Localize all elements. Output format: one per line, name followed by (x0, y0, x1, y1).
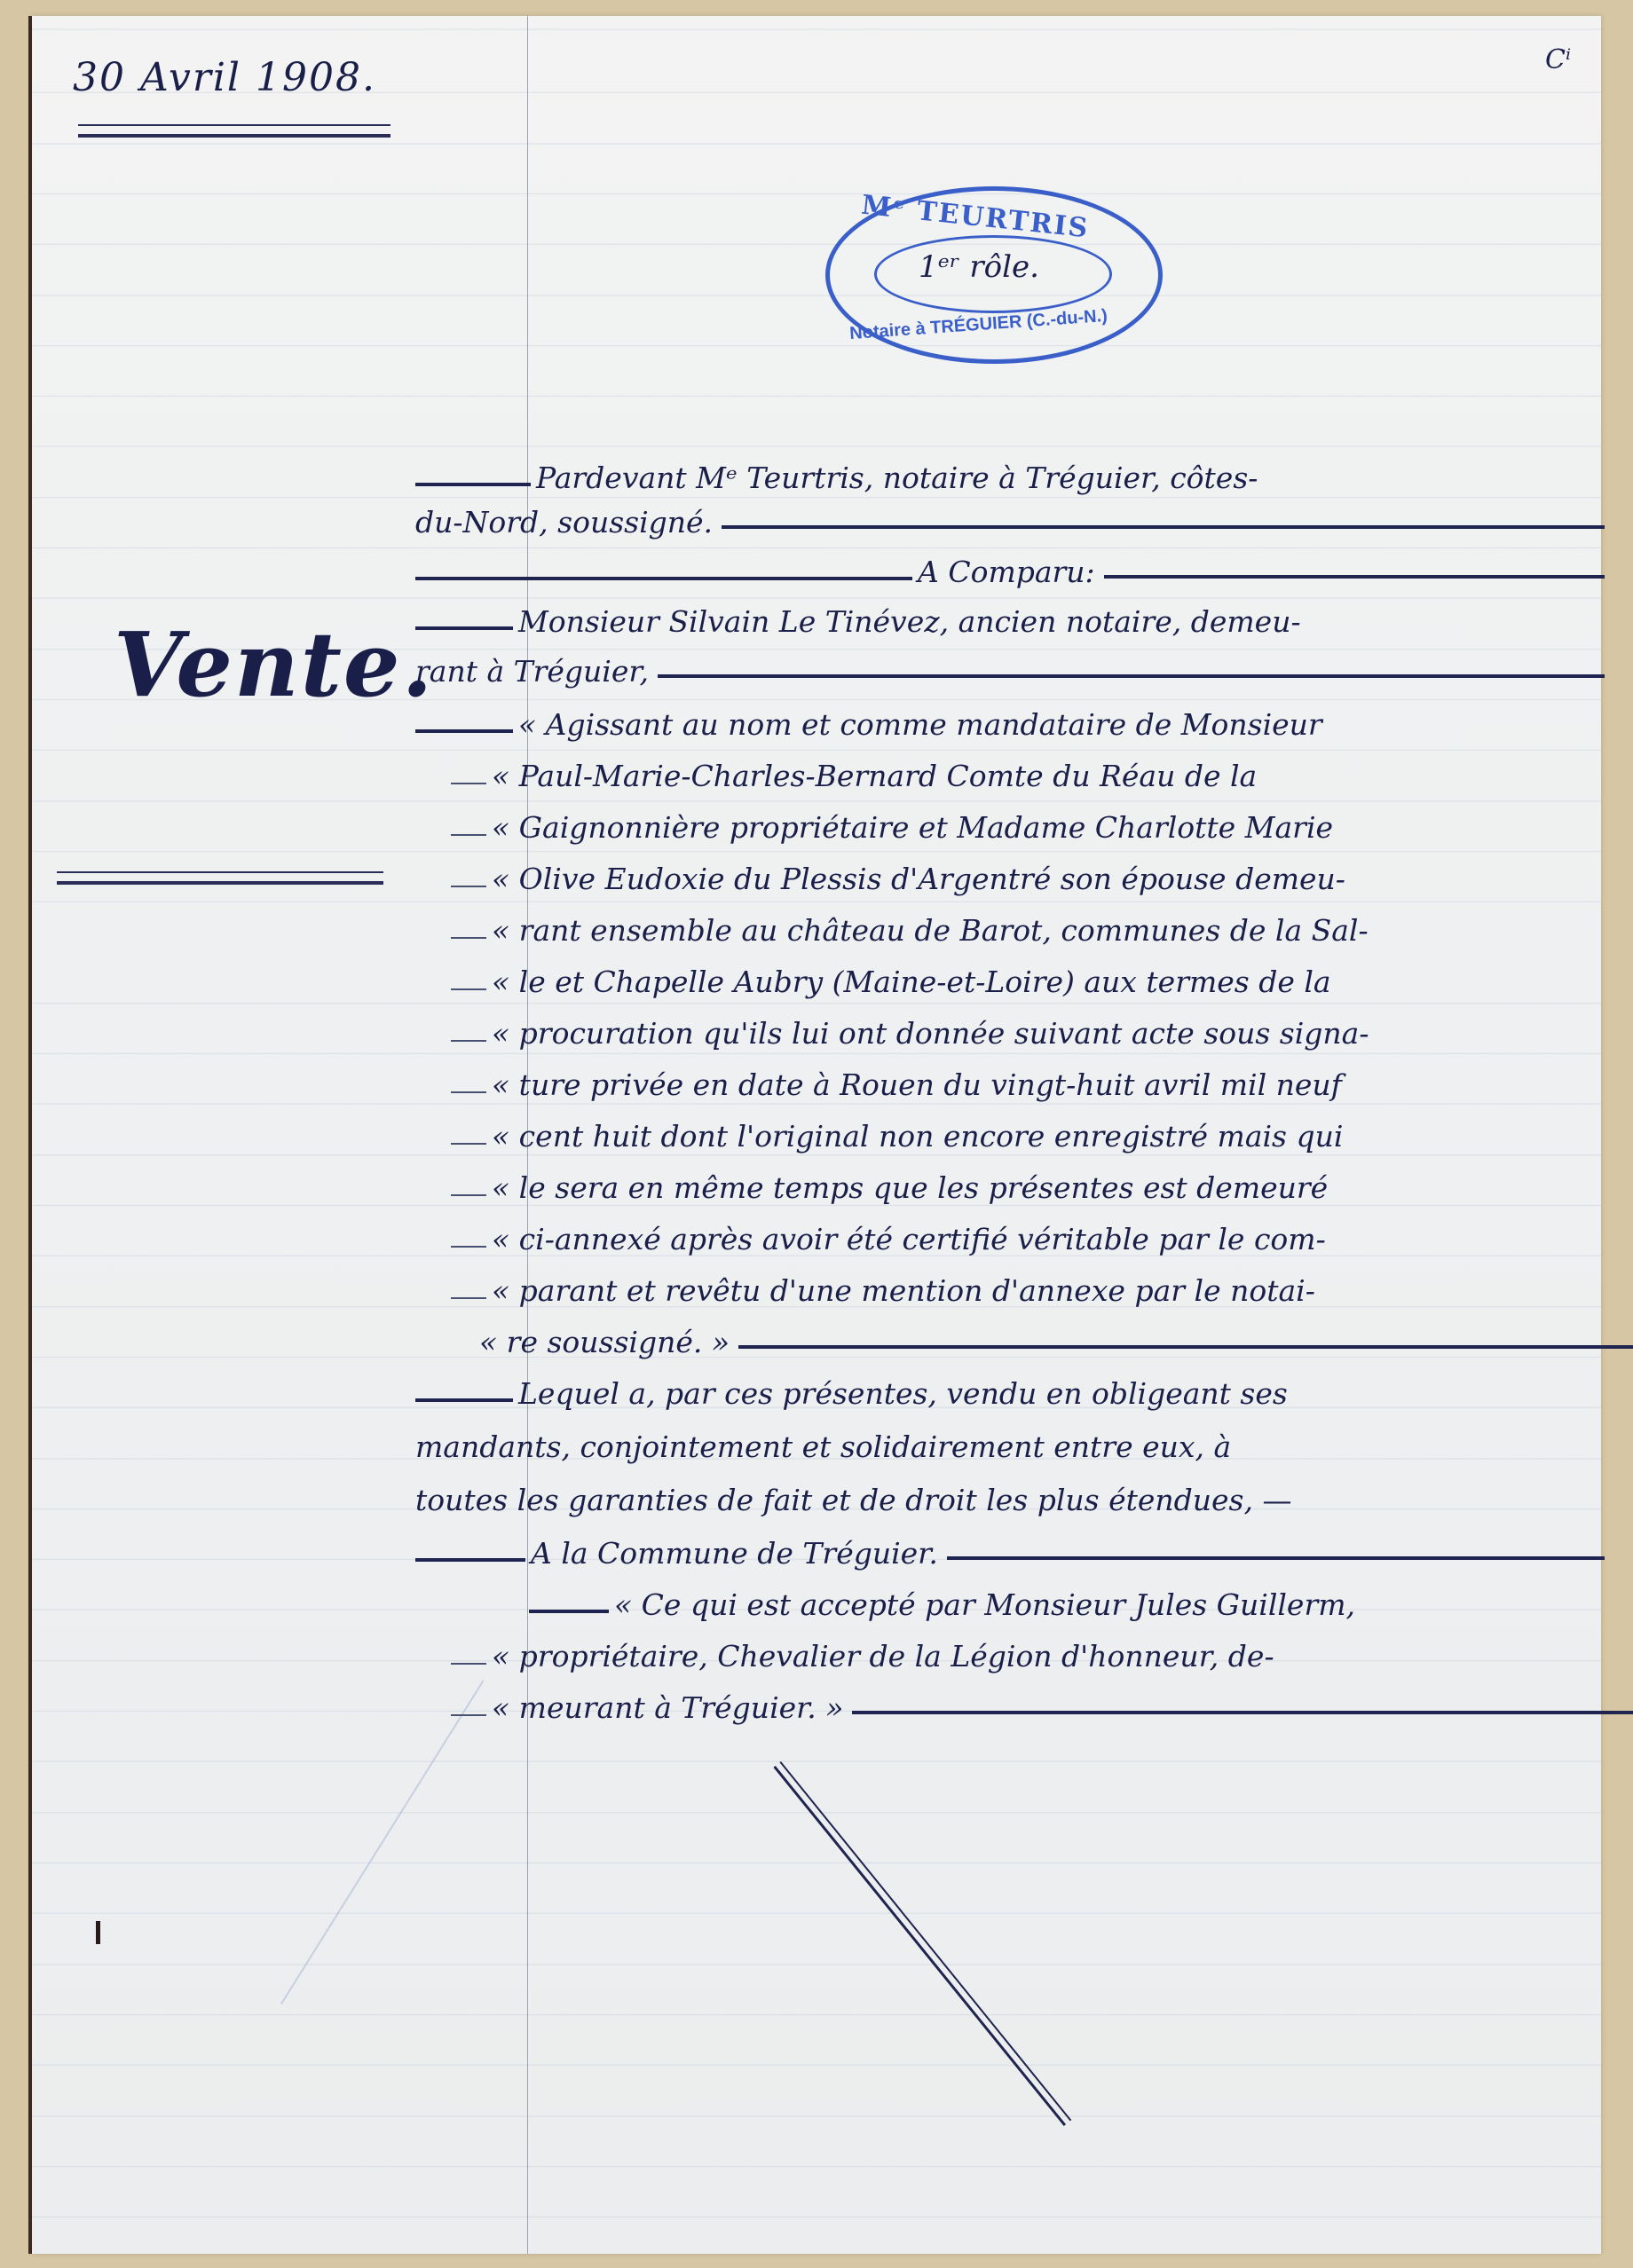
leader-rule (451, 834, 486, 836)
deed-line: « cent huit dont l'original non encore e… (451, 1102, 1633, 1154)
date-underline (78, 124, 390, 138)
margin-tick-mark (96, 1921, 100, 1944)
line-text: « Olive Eudoxie du Plessis d'Argentré so… (492, 862, 1345, 896)
leader-rule (451, 1714, 486, 1716)
leader-rule (451, 783, 486, 784)
deed-line: « ci-annexé après avoir été certifié vér… (451, 1205, 1633, 1256)
line-text: « propriétaire, Chevalier de la Légion d… (492, 1639, 1274, 1673)
leader-rule (415, 577, 912, 580)
leader-rule (451, 1091, 486, 1093)
stamp-role-text: 1ᵉʳ rôle. (919, 249, 1039, 285)
line-text: « Paul-Marie-Charles-Bernard Comte du Ré… (492, 759, 1257, 793)
leader-rule (415, 1398, 513, 1402)
deed-line: Lequel a, par ces présentes, vendu en ob… (415, 1359, 1605, 1411)
leader-rule (415, 483, 531, 486)
line-text: du-Nord, soussigné. (415, 505, 713, 539)
filler-rule (947, 1556, 1605, 1560)
line-text: A Comparu: (918, 555, 1095, 589)
leader-rule (451, 1143, 486, 1145)
notary-stamp: Mᵉ TEURTRIS 1ᵉʳ rôle. Notaire à TRÉGUIER… (825, 186, 1163, 364)
deed-line: « Agissant au nom et comme mandataire de… (415, 690, 1605, 742)
title-underline (57, 871, 383, 885)
filler-rule (1104, 575, 1605, 579)
deed-line: « rant ensemble au château de Barot, com… (451, 896, 1633, 948)
line-text: « meurant à Tréguier. » (492, 1690, 843, 1725)
deed-line: du-Nord, soussigné. (415, 488, 1605, 539)
line-text: toutes les garanties de fait et de droit… (415, 1483, 1291, 1517)
leader-rule (529, 1610, 609, 1613)
deed-line: « propriétaire, Chevalier de la Légion d… (451, 1622, 1633, 1673)
line-text: « le sera en même temps que les présente… (492, 1170, 1328, 1205)
leader-rule (415, 1558, 525, 1562)
deed-line: mandants, conjointement et solidairement… (415, 1413, 1605, 1464)
deed-line: « ture privée en date à Rouen du vingt-h… (451, 1051, 1633, 1102)
leader-rule (415, 729, 513, 733)
leader-rule (451, 886, 486, 887)
leader-rule (451, 1297, 486, 1299)
filler-rule (722, 525, 1605, 529)
line-text: « rant ensemble au château de Barot, com… (492, 913, 1369, 948)
line-text: rant à Tréguier, (415, 654, 649, 689)
line-text: « ci-annexé après avoir été certifié vér… (492, 1222, 1326, 1256)
line-text: Lequel a, par ces présentes, vendu en ob… (518, 1376, 1288, 1411)
deed-line: toutes les garanties de fait et de droit… (415, 1466, 1605, 1517)
deed-line: « parant et revêtu d'une mention d'annex… (451, 1256, 1633, 1308)
filler-rule (658, 674, 1605, 678)
deed-line: « le et Chapelle Aubry (Maine-et-Loire) … (451, 948, 1633, 999)
line-text: « Agissant au nom et comme mandataire de… (518, 707, 1322, 742)
deed-line: A la Commune de Tréguier. (415, 1519, 1605, 1571)
deed-line: « le sera en même temps que les présente… (451, 1154, 1633, 1205)
line-text: « le et Chapelle Aubry (Maine-et-Loire) … (492, 965, 1331, 999)
deed-line: Monsieur Silvain Le Tinévez, ancien nota… (415, 587, 1605, 639)
deed-line: « Gaignonnière propriétaire et Madame Ch… (451, 793, 1633, 845)
margin-date: 30 Avril 1908. (73, 55, 376, 100)
leader-rule (415, 626, 513, 630)
leader-rule (451, 1040, 486, 1042)
leader-rule (451, 1246, 486, 1248)
deed-line: « procuration qu'ils lui ont donnée suiv… (451, 999, 1633, 1051)
line-text: « ture privée en date à Rouen du vingt-h… (492, 1067, 1342, 1102)
filler-rule (852, 1711, 1633, 1714)
margin-title: Vente. (114, 612, 434, 717)
line-text: Monsieur Silvain Le Tinévez, ancien nota… (518, 604, 1301, 639)
leader-rule (451, 1663, 486, 1665)
deed-line: « Paul-Marie-Charles-Bernard Comte du Ré… (451, 742, 1633, 793)
deed-line: « meurant à Tréguier. » (451, 1673, 1633, 1725)
line-text: « procuration qu'ils lui ont donnée suiv… (492, 1016, 1369, 1051)
filler-rule (738, 1345, 1633, 1349)
leader-rule (451, 988, 486, 990)
deed-line: « Olive Eudoxie du Plessis d'Argentré so… (451, 845, 1633, 896)
line-text: mandants, conjointement et solidairement… (415, 1429, 1231, 1464)
leader-rule (451, 1194, 486, 1196)
line-text: « Ce qui est accepté par Monsieur Jules … (614, 1587, 1355, 1622)
line-text: « re soussigné. » (479, 1325, 730, 1359)
line-text: A la Commune de Tréguier. (531, 1536, 938, 1571)
deed-line: « re soussigné. » (479, 1308, 1633, 1359)
line-text: « cent huit dont l'original non encore e… (492, 1119, 1343, 1154)
deed-line: rant à Tréguier, (415, 637, 1605, 689)
leader-rule (451, 937, 486, 939)
deed-line: A Comparu: (415, 538, 1605, 589)
deed-line: « Ce qui est accepté par Monsieur Jules … (529, 1571, 1633, 1622)
corner-mark: Cⁱ (1545, 44, 1571, 75)
line-text: « Gaignonnière propriétaire et Madame Ch… (492, 810, 1333, 845)
line-text: « parant et revêtu d'une mention d'annex… (492, 1273, 1315, 1308)
